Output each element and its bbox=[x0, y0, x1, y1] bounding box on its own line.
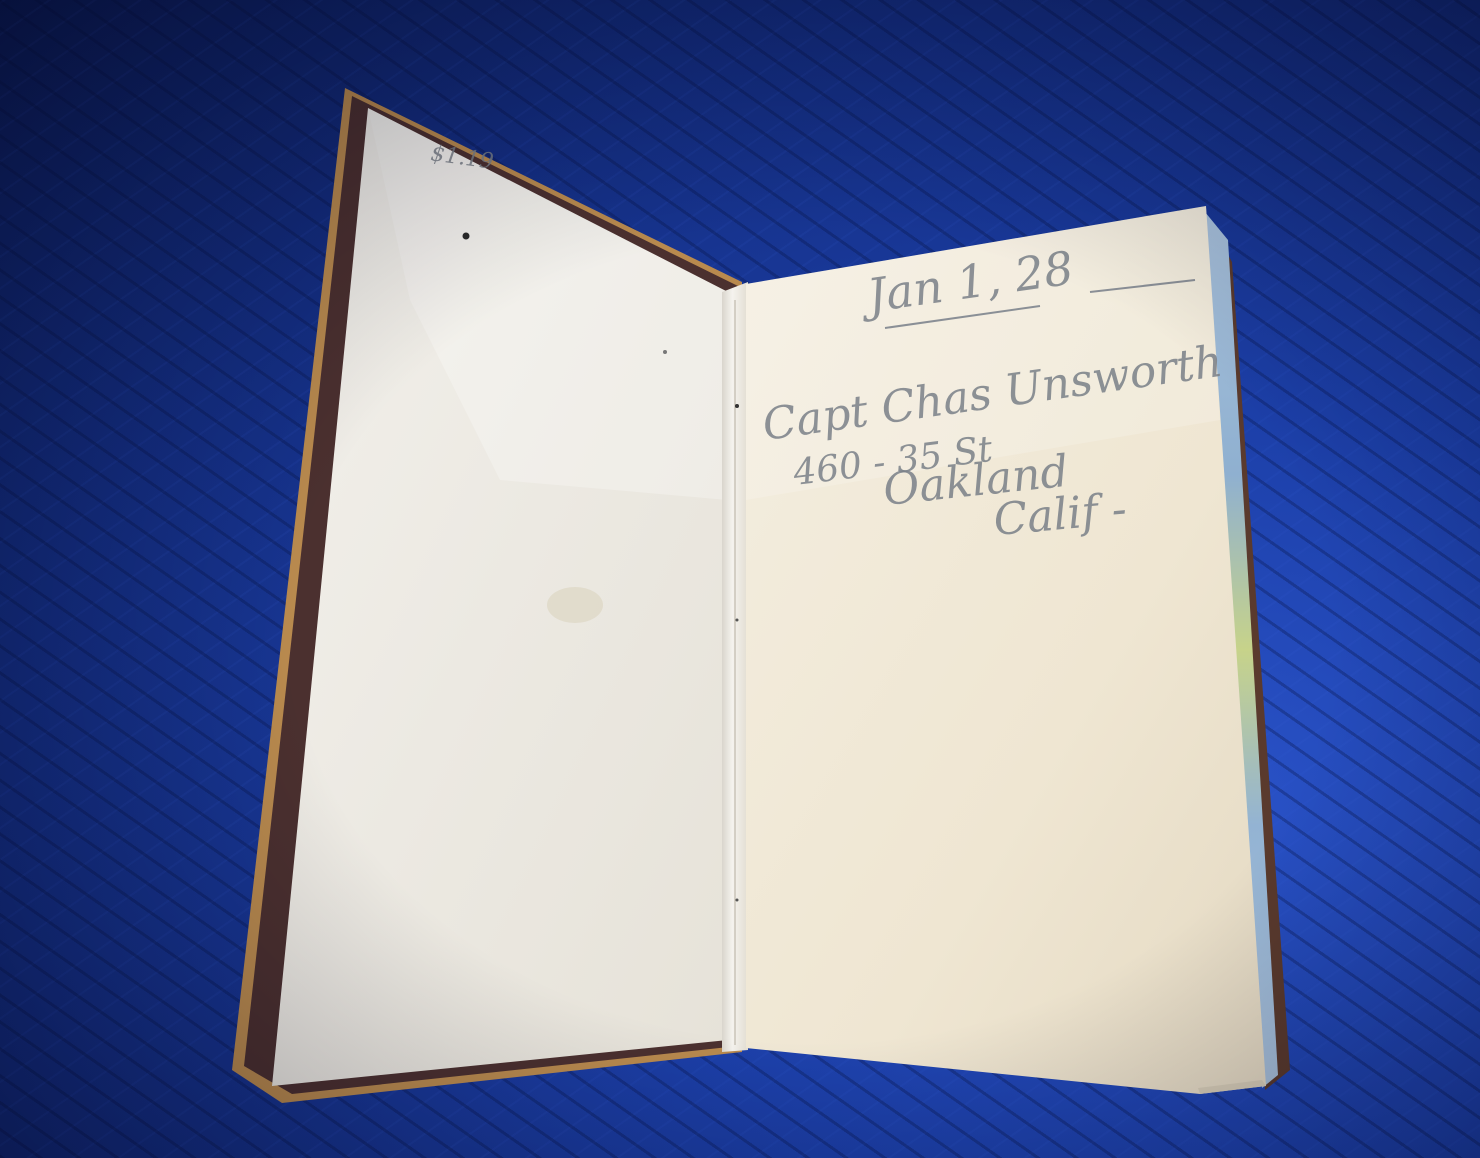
book-illustration: $1.19 Jan 1, 28 Capt Chas Unsworth bbox=[0, 0, 1480, 1158]
open-book: $1.19 Jan 1, 28 Capt Chas Unsworth bbox=[0, 0, 1480, 1158]
book-gutter bbox=[722, 282, 748, 1052]
